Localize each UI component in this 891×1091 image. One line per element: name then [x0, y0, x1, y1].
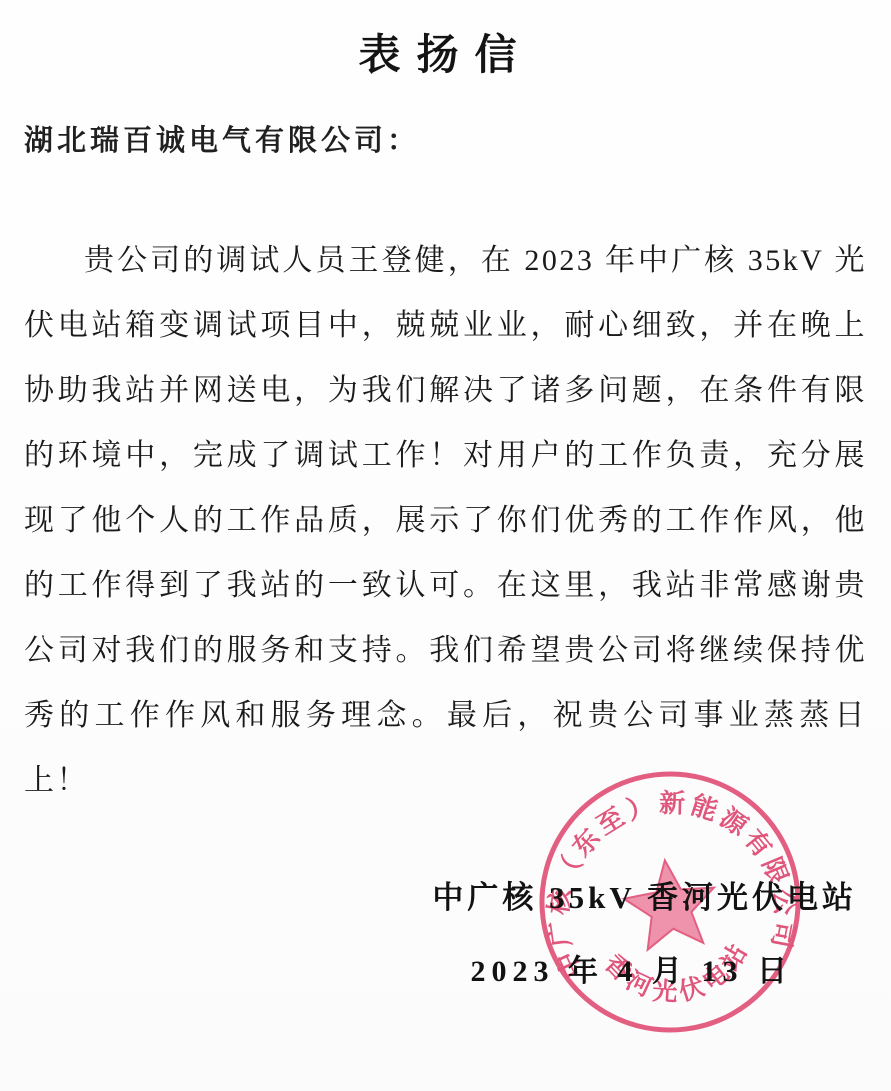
letter-body: 贵公司的调试人员王登健，在 2023 年中广核 35kV 光伏电站箱变调试项目中…	[24, 228, 867, 813]
date-line: 2023 年 4 月 13 日	[471, 946, 794, 990]
letter-title: 表扬信	[0, 22, 891, 82]
signature-line: 中广核 35kV 香河光伏电站	[432, 872, 857, 917]
commendation-letter-page: 表扬信 湖北瑞百诚电气有限公司： 贵公司的调试人员王登健，在 2023 年中广核…	[0, 0, 891, 1091]
addressee-line: 湖北瑞百诚电气有限公司：	[24, 118, 867, 159]
